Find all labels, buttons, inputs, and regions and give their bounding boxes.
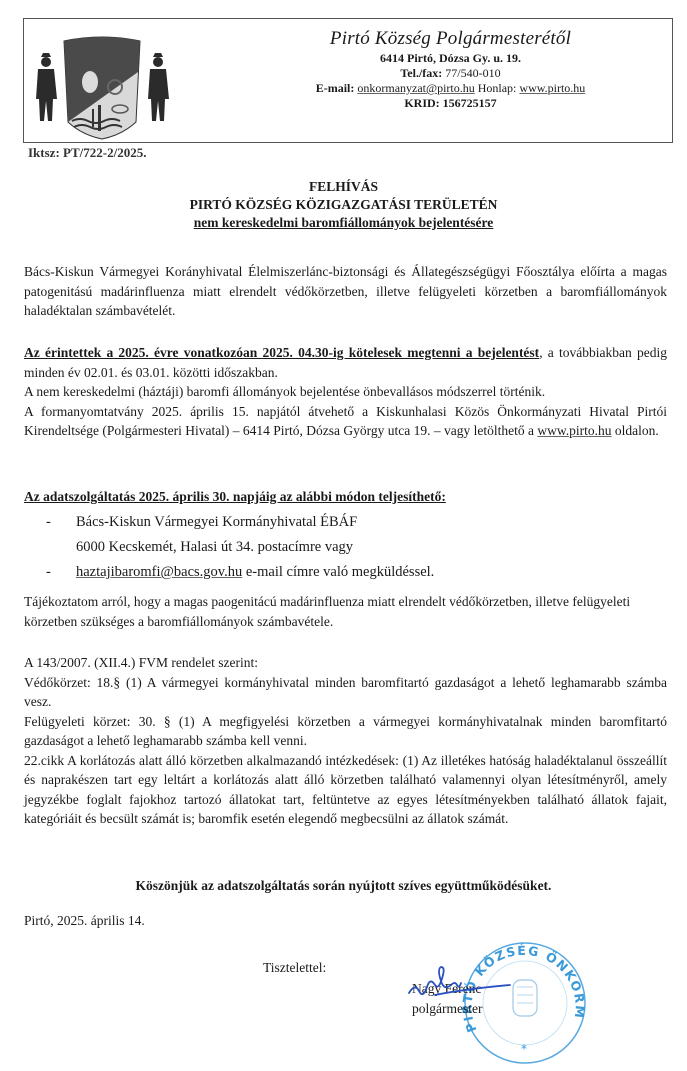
list-item: - haztajibaromfi@bacs.gov.hu e-mail címr… — [24, 560, 434, 585]
list-item: 6000 Kecskemét, Halasi út 34. postacímre… — [24, 535, 434, 560]
thanks-line: Köszönjük az adatszolgáltatás során nyúj… — [0, 878, 687, 894]
regulation-article-22: 22.cikk A korlátozás alatt álló körzetbe… — [24, 751, 667, 829]
regulation-protection-zone: Védőkörzet: 18.§ (1) A vármegyei kormány… — [24, 673, 667, 712]
heading-line-3: nem kereskedelmi baromfiállományok bejel… — [0, 214, 687, 232]
sender-contact: E-mail: onkormanyzat@pirto.hu Honlap: ww… — [229, 81, 672, 96]
sender-address: 6414 Pirtó, Dózsa Gy. u. 19. — [229, 51, 672, 66]
submission-heading: Az adatszolgáltatás 2025. április 30. na… — [24, 487, 667, 507]
submission-list: - Bács-Kiskun Vármegyei Kormányhivatal É… — [24, 510, 434, 585]
info-paragraph: Tájékoztatom arról, hogy a magas paogeni… — [24, 592, 667, 631]
website-link[interactable]: www.pirto.hu — [519, 81, 585, 95]
submission-email-link[interactable]: haztajibaromfi@bacs.gov.hu — [76, 564, 242, 580]
document-heading: FELHÍVÁS PIRTÓ KÖZSÉG KÖZIGAZGATÁSI TERÜ… — [0, 178, 687, 232]
closing-salutation: Tisztelettel: — [263, 960, 326, 976]
sender-krid: KRID: 156725157 — [229, 96, 672, 111]
svg-text:*: * — [521, 1042, 527, 1056]
email-link[interactable]: onkormanyzat@pirto.hu — [357, 81, 474, 95]
sender-phone: Tel./fax: 77/540-010 — [229, 66, 672, 81]
letterhead-text: Pirtó Község Polgármesterétől 6414 Pirtó… — [199, 27, 672, 111]
sender-title: Pirtó Község Polgármesterétől — [229, 27, 672, 51]
list-item: - Bács-Kiskun Vármegyei Kormányhivatal É… — [24, 510, 434, 535]
deadline-section: Az érintettek a 2025. évre vonatkozóan 2… — [24, 343, 667, 441]
regulation-section: A 143/2007. (XII.4.) FVM rendelet szerin… — [24, 653, 667, 829]
letterhead: Pirtó Község Polgármesterétől 6414 Pirtó… — [23, 18, 673, 143]
heading-line-1: FELHÍVÁS — [0, 178, 687, 196]
website-link-body[interactable]: www.pirto.hu — [537, 423, 611, 438]
place-date: Pirtó, 2025. április 14. — [24, 913, 145, 929]
deadline-paragraph: Az érintettek a 2025. évre vonatkozóan 2… — [24, 343, 667, 382]
regulation-intro: A 143/2007. (XII.4.) FVM rendelet szerin… — [24, 653, 667, 673]
form-availability: A formanyomtatvány 2025. április 15. nap… — [24, 402, 667, 441]
self-declaration-note: A nem kereskedelmi (háztáji) baromfi áll… — [24, 382, 667, 402]
handwritten-signature-icon — [405, 965, 515, 1005]
municipal-coat-of-arms-icon — [32, 27, 172, 142]
regulation-surveillance-zone: Felügyeleti körzet: 30. § (1) A megfigye… — [24, 712, 667, 751]
heading-line-2: PIRTÓ KÖZSÉG KÖZIGAZGATÁSI TERÜLETÉN — [0, 196, 687, 214]
reference-number: Iktsz: PT/722-2/2025. — [28, 145, 146, 161]
intro-paragraph: Bács-Kiskun Vármegyei Korányhivatal Élel… — [24, 262, 667, 321]
